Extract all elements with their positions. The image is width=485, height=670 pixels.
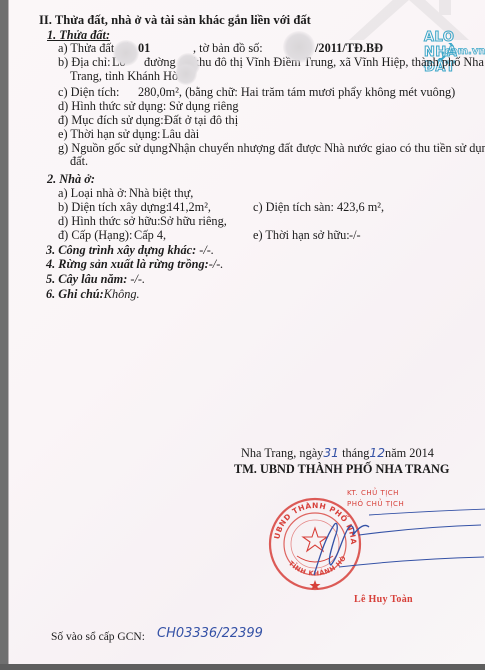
year-label: năm 2014 — [385, 446, 434, 460]
house-term-value: -/- — [349, 228, 361, 242]
house-grade-value: Cấp 4, — [134, 228, 166, 242]
house-build-area-value: 141,2m², — [167, 200, 211, 214]
other-forest: 4. Rừng sản xuất là rừng trồng:-/-. — [46, 257, 223, 271]
other-construction-label: 3. Công trình xây dựng khác: — [46, 243, 196, 257]
house-type-value: Nhà biệt thự, — [129, 186, 193, 200]
other-forest-value: -/-. — [209, 257, 224, 271]
signer-name: Lê Huy Toàn — [354, 593, 413, 607]
other-forest-label: 4. Rừng sản xuất là rừng trồng: — [46, 257, 209, 271]
house-ownership-value: Sở hữu riêng, — [160, 214, 227, 228]
other-construction-value: -/-. — [199, 243, 214, 257]
other-note-label: 6. Ghi chú: — [46, 287, 104, 301]
land-purpose-label: đ) Mục đích sử dụng: — [58, 113, 164, 127]
land-origin-value: Nhận chuyển nhượng đất được Nhà nước gia… — [169, 141, 485, 155]
date-day: 31 — [323, 446, 339, 460]
redaction-blur — [113, 40, 139, 66]
certificate-page: ALO NHÀ ĐẤT .com.vn II. Thửa đất, nhà ở … — [8, 0, 485, 664]
house-term-label: e) Thời hạn sở hữu: — [253, 228, 350, 242]
registry-label: Số vào sổ cấp GCN: — [51, 630, 145, 644]
signature-stroke-icon — [309, 505, 485, 580]
authority-title: TM. UBND THÀNH PHỐ NHA TRANG — [234, 462, 449, 476]
land-parcel-value: 01 — [138, 41, 150, 55]
house-type-label: a) Loại nhà ở: — [58, 186, 127, 200]
other-perennial: 5. Cây lâu năm: -/-. — [46, 272, 145, 286]
other-perennial-label: 5. Cây lâu năm: — [46, 272, 127, 286]
date-month: 12 — [369, 446, 385, 460]
other-perennial-value: -/-. — [130, 272, 145, 286]
land-usage-form-value: Sử dụng riêng — [169, 99, 239, 113]
land-term-value: Lâu dài — [162, 127, 199, 141]
land-term-label: e) Thời hạn sử dụng: — [58, 127, 160, 141]
land-usage-form-label: d) Hình thức sử dụng: — [58, 99, 166, 113]
land-area-value: 280,0m², (bằng chữ: Hai trăm tám mươi ph… — [138, 85, 455, 99]
house-build-area-label: b) Diện tích xây dựng: — [58, 200, 169, 214]
place-date: Nha Trang, ngày31 tháng12năm 2014 — [241, 446, 434, 460]
house-floor-area-value: 423,6 m², — [337, 200, 384, 214]
land-heading: 1. Thửa đất: — [47, 28, 110, 42]
land-address-label: b) Địa chỉ: — [58, 55, 111, 69]
land-origin-label: g) Nguồn gốc sử dụng: — [58, 141, 171, 155]
house-grade-label: đ) Cấp (Hạng): — [58, 228, 132, 242]
other-construction: 3. Công trình xây dựng khác: -/-. — [46, 243, 214, 257]
other-note-value: Không. — [104, 287, 140, 301]
scan-border — [0, 664, 485, 670]
month-label: tháng — [342, 446, 369, 460]
land-area-label: c) Diện tích: — [58, 85, 119, 99]
land-purpose-value: Đất ở tại đô thị — [164, 113, 238, 127]
land-address-street: đường — [144, 55, 176, 69]
house-ownership-label: d) Hình thức sở hữu: — [58, 214, 161, 228]
section-heading: II. Thửa đất, nhà ở và tài sản khác gắn … — [39, 13, 311, 27]
house-floor-area-label: c) Diện tích sàn: — [253, 200, 334, 214]
other-note: 6. Ghi chú:Không. — [46, 287, 140, 301]
land-map-value: /2011/TĐ.BĐ — [315, 41, 383, 55]
registry-value: CH03336/22399 — [157, 627, 263, 641]
land-origin-cont: đất. — [70, 154, 88, 168]
land-map-label: , tờ bản đồ số: — [193, 41, 263, 55]
land-address-cont: Trang, tỉnh Khánh Hòa — [70, 69, 184, 83]
house-heading: 2. Nhà ở: — [47, 172, 95, 186]
redaction-blur — [175, 63, 197, 85]
redaction-blur — [283, 31, 315, 63]
land-address-value: khu đô thị Vĩnh Điềm Trung, xã Vĩnh Hiệp… — [193, 55, 484, 69]
place-date-prefix: Nha Trang, ngày — [241, 446, 323, 460]
